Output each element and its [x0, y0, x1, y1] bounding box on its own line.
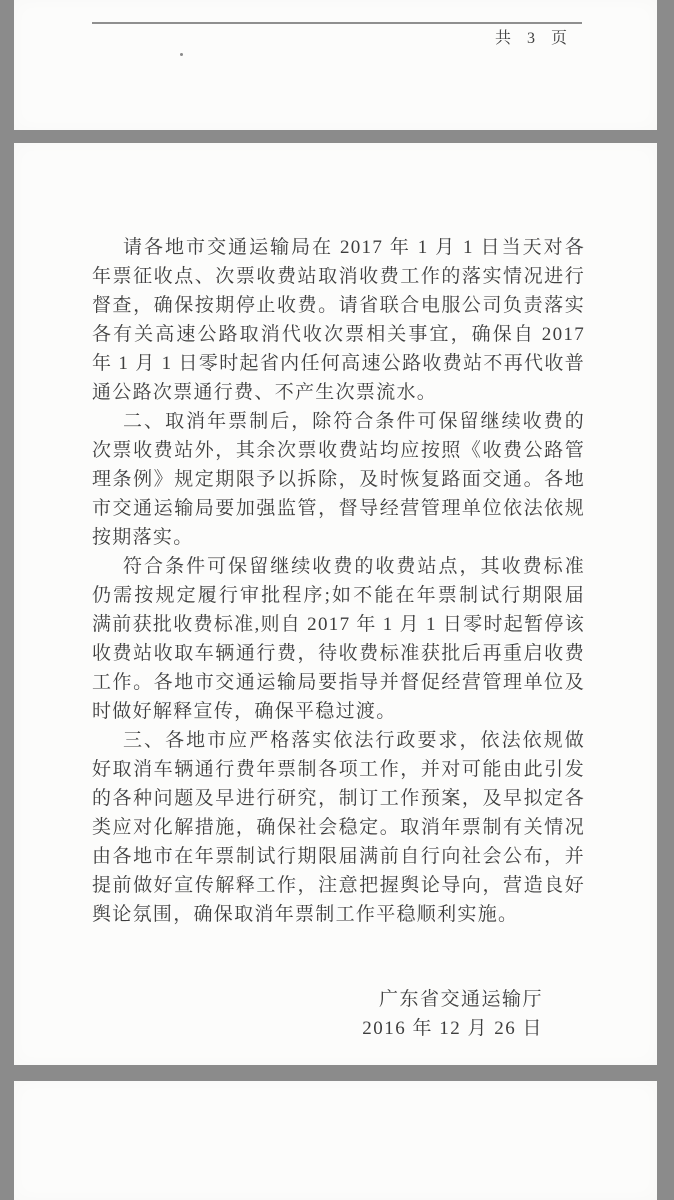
document-page-2: 请各地市交通运输局在 2017 年 1 月 1 日当天对各年票征收点、次票收费站… [14, 143, 657, 1065]
signature-organization: 广东省交通运输厅 [92, 985, 543, 1014]
total-pages-note: 共 3 页 [495, 25, 573, 48]
scan-speckle [180, 53, 183, 56]
signature-block: 广东省交通运输厅 2016 年 12 月 26 日 [92, 985, 585, 1043]
scanned-document-viewer: { "colors": { "viewer_background": "#8b8… [0, 0, 674, 1200]
paragraph-4: 三、各地市应严格落实依法行政要求，依法依规做好取消车辆通行费年票制各项工作，并对… [92, 726, 585, 929]
signature-date: 2016 年 12 月 26 日 [92, 1014, 543, 1043]
next-page-fragment [14, 1081, 657, 1200]
page-content: 请各地市交通运输局在 2017 年 1 月 1 日当天对各年票征收点、次票收费站… [14, 143, 657, 1065]
footer-rule-line [92, 22, 582, 24]
paragraph-3: 符合条件可保留继续收费的收费站点，其收费标准仍需按规定履行审批程序;如不能在年票… [92, 552, 585, 726]
previous-page-fragment: 共 3 页 [14, 0, 657, 130]
paragraph-1: 请各地市交通运输局在 2017 年 1 月 1 日当天对各年票征收点、次票收费站… [92, 233, 585, 407]
paragraph-2: 二、取消年票制后，除符合条件可保留继续收费的次票收费站外，其余次票收费站均应按照… [92, 407, 585, 552]
